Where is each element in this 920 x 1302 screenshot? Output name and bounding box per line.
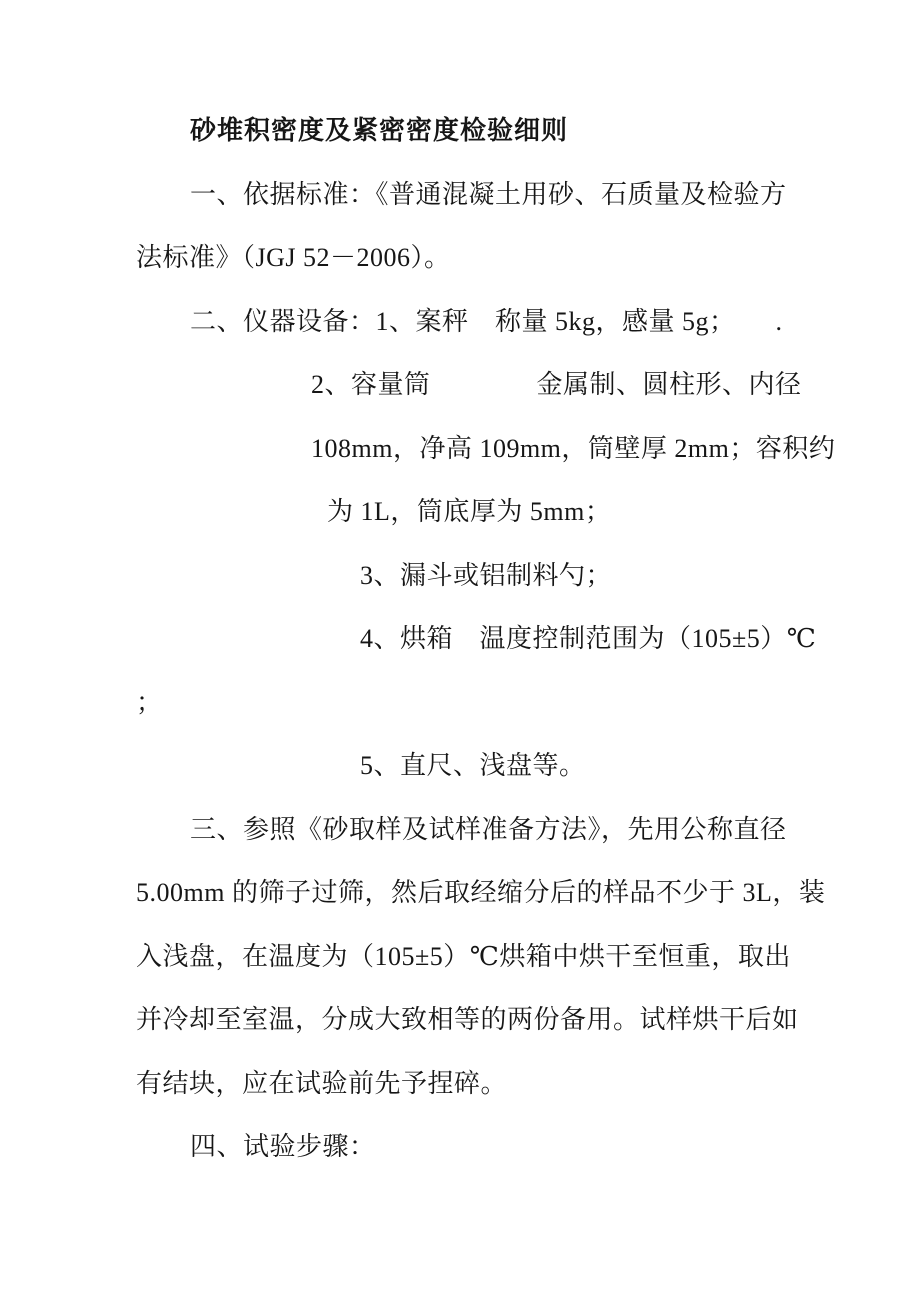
text-line: 108mm，净高 109mm，筒壁厚 2mm；容积约 [136, 417, 796, 481]
document-page: 砂堆积密度及紧密密度检验细则一、依据标准：《普通混凝土用砂、石质量及检验方法标准… [0, 0, 920, 1302]
text-line: 入浅盘，在温度为（105±5）℃烘箱中烘干至恒重，取出 [136, 925, 796, 989]
document-title: 砂堆积密度及紧密密度检验细则 [136, 99, 796, 163]
text-line: 5.00mm 的筛子过筛，然后取经缩分后的样品不少于 3L，装 [136, 861, 796, 925]
text-line: 3、漏斗或铝制料勺； [136, 544, 796, 608]
text-line: 5、直尺、浅盘等。 [136, 734, 796, 798]
text-line: 法标准》（JGJ 52－2006）。 [136, 226, 796, 290]
text-line: 二、仪器设备：1、案秤 称量 5kg，感量 5g； . [136, 290, 796, 354]
text-line: 2、容量筒 金属制、圆柱形、内径 [136, 353, 796, 417]
text-line: ； [136, 671, 796, 735]
text-line: 四、试验步骤： [136, 1115, 796, 1179]
text-line: 4、烘箱 温度控制范围为（105±5）℃ [136, 607, 796, 671]
text-line: 有结块，应在试验前先予捏碎。 [136, 1052, 796, 1116]
text-line: 并冷却至室温，分成大致相等的两份备用。试样烘干后如 [136, 988, 796, 1052]
text-line: 三、参照《砂取样及试样准备方法》，先用公称直径 [136, 798, 796, 862]
text-line: 为 1L，筒底厚为 5mm； [136, 480, 796, 544]
document-body: 砂堆积密度及紧密密度检验细则一、依据标准：《普通混凝土用砂、石质量及检验方法标准… [136, 0, 796, 1179]
text-line: 一、依据标准：《普通混凝土用砂、石质量及检验方 [136, 163, 796, 227]
